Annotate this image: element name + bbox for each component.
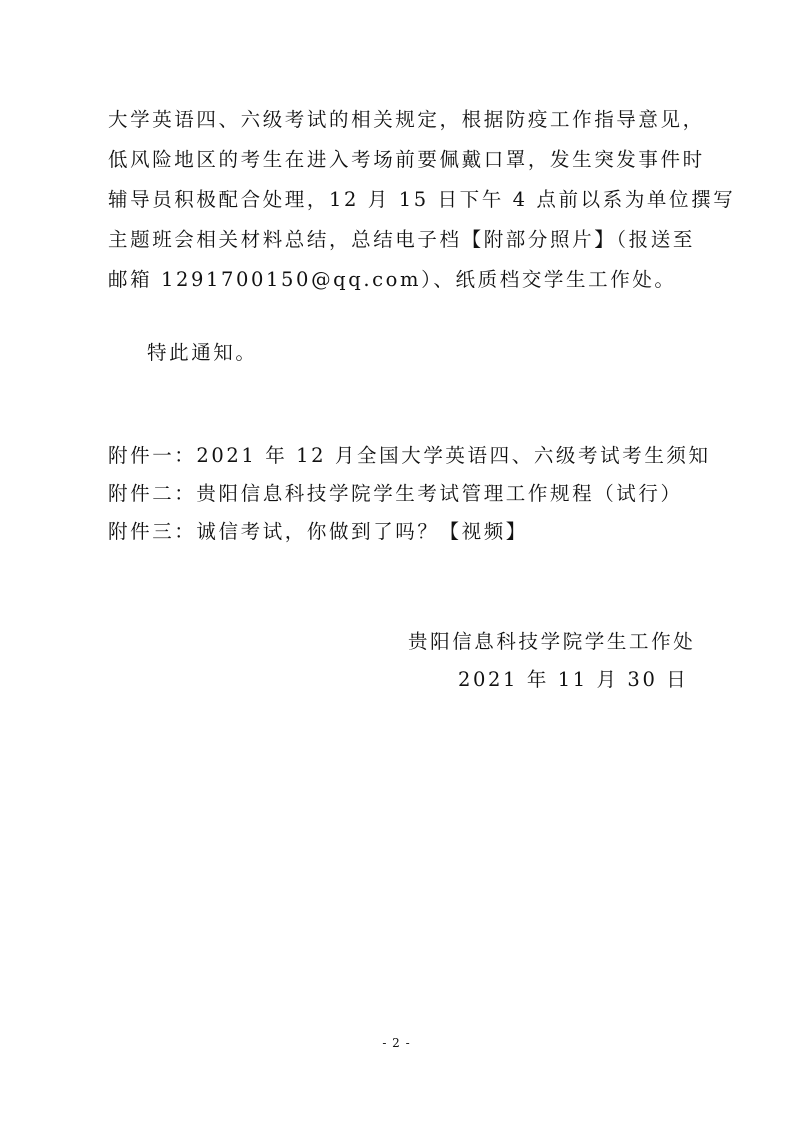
body-line-email: 邮箱 1291700150@qq.com）、纸质档交学生工作处。 xyxy=(108,267,677,293)
attachment-item: 附件一：2021 年 12 月全国大学英语四、六级考试考生须知 xyxy=(108,443,711,469)
page-number: - 2 - xyxy=(0,1036,793,1050)
attachment-item: 附件三：诚信考试，你做到了吗？【视频】 xyxy=(108,519,528,545)
body-line: 主题班会相关材料总结，总结电子档【附部分照片】（报送至 xyxy=(108,227,695,253)
attachment-item: 附件二：贵阳信息科技学院学生考试管理工作规程（试行） xyxy=(108,481,683,507)
signature-organization: 贵阳信息科技学院学生工作处 xyxy=(408,629,695,655)
body-line: 大学英语四、六级考试的相关规定，根据防疫工作指导意见， xyxy=(108,107,705,133)
body-line: 低风险地区的考生在进入考场前要佩戴口罩，发生突发事件时 xyxy=(108,147,705,173)
closing-text: 特此通知。 xyxy=(147,340,258,366)
signature-date: 2021 年 11 月 30 日 xyxy=(458,667,688,693)
document-page: 大学英语四、六级考试的相关规定，根据防疫工作指导意见， 低风险地区的考生在进入考… xyxy=(0,0,793,1122)
body-line: 辅导员积极配合处理，12 月 15 日下午 4 点前以系为单位撰写 xyxy=(108,187,735,213)
